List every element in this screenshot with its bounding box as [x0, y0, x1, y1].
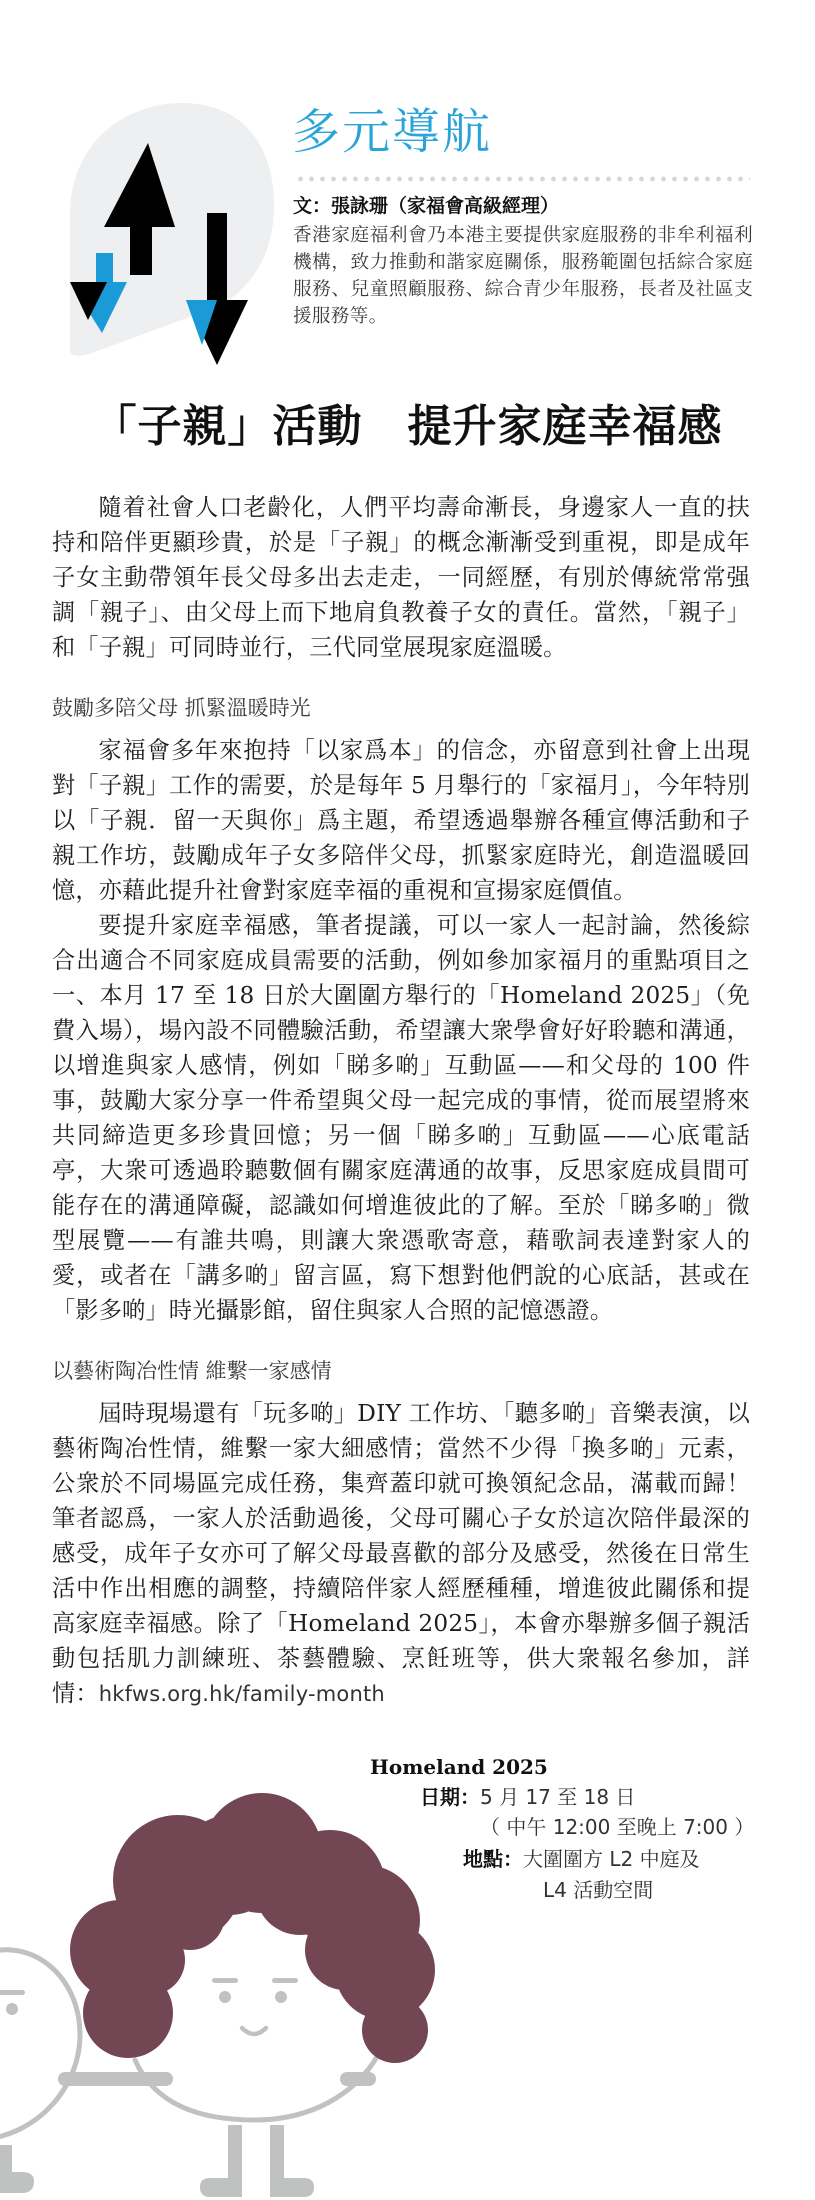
- paragraph: 要提升家庭幸福感，筆者提議，可以一家人一起討論，然後綜合出適合不同家庭成員需要的…: [52, 908, 750, 1328]
- venue-value-2: L4 活動空間: [543, 1878, 653, 1902]
- paragraph-text: 屆時現場還有「玩多啲」DIY 工作坊、「聽多啲」音樂表演，以藝術陶冶性情，維繫一…: [52, 1400, 750, 1707]
- two-cartoon-characters-icon: [0, 1785, 480, 2200]
- event-name: Homeland 2025: [370, 1752, 548, 1782]
- event-venue: 地點：大圍圍方 L2 中庭及: [463, 1844, 700, 1874]
- article-headline: 「子親」活動 提升家庭幸福感: [0, 392, 815, 462]
- date-value: 5 月 17 至 18 日: [480, 1785, 635, 1809]
- family-illustration: [0, 1785, 480, 2200]
- organization-description: 香港家庭福利會乃本港主要提供家庭服務的非牟利福利機構，致力推動和諧家庭關係，服務…: [293, 222, 753, 330]
- paragraph: 家福會多年來抱持「以家爲本」的信念，亦留意到社會上出現對「子親」工作的需要，於是…: [52, 733, 750, 908]
- details-link[interactable]: hkfws.org.hk/family-month: [99, 1682, 385, 1706]
- dotted-divider: [295, 176, 750, 182]
- article-body: 隨着社會人口老齡化，人們平均壽命漸長，身邊家人一直的扶持和陪伴更顯珍貴，於是「子…: [52, 490, 750, 1712]
- author-byline: 文：張詠珊（家福會高級經理）: [293, 192, 559, 220]
- column-logo: [52, 95, 282, 375]
- column-title: 多元導航: [292, 100, 492, 164]
- event-venue-continued: L4 活動空間: [543, 1875, 653, 1905]
- section-heading: 以藝術陶冶性情 維繫一家感情: [52, 1356, 750, 1386]
- venue-value: 大圍圍方 L2 中庭及: [523, 1847, 700, 1871]
- paragraph: 隨着社會人口老齡化，人們平均壽命漸長，身邊家人一直的扶持和陪伴更顯珍貴，於是「子…: [52, 490, 750, 665]
- time-value: （ 中午 12:00 至晚上 7:00 ）: [480, 1815, 754, 1839]
- event-time: （ 中午 12:00 至晚上 7:00 ）: [480, 1812, 754, 1842]
- up-down-arrows-icon: [52, 95, 282, 375]
- section-heading: 鼓勵多陪父母 抓緊溫暖時光: [52, 693, 750, 723]
- paragraph: 屆時現場還有「玩多啲」DIY 工作坊、「聽多啲」音樂表演，以藝術陶冶性情，維繫一…: [52, 1396, 750, 1712]
